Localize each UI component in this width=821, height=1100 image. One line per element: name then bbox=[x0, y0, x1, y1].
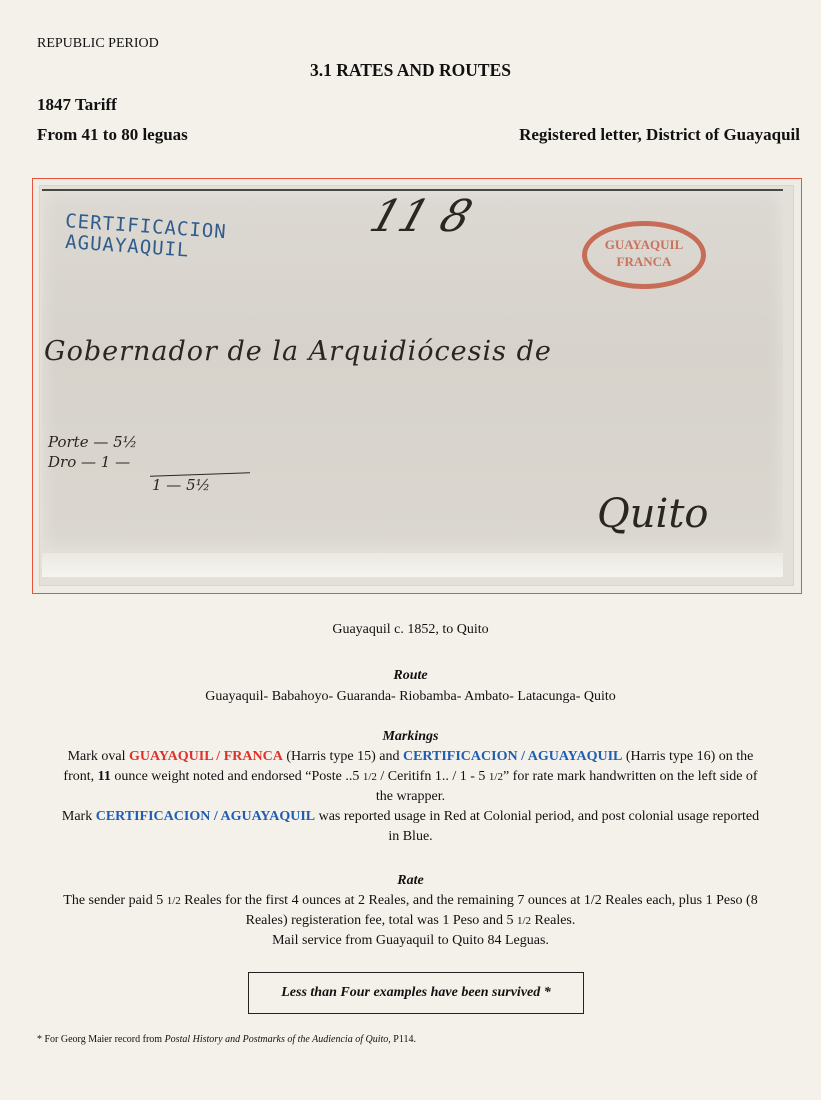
stamp-line-2: FRANCA bbox=[587, 253, 701, 270]
rate-note-line-1: Porte — 5½ bbox=[48, 433, 137, 451]
reference-title: Postal History and Postmarks of the Audi… bbox=[165, 1034, 389, 1045]
address-handwriting: Gobernador de la Arquidiócesis de bbox=[44, 336, 552, 367]
certificacion-mark-name: CERTIFICACION / AGUAYAQUIL bbox=[96, 809, 315, 824]
markings-paragraph-1: Mark oval GUAYAQUIL / FRANCA (Harris typ… bbox=[60, 747, 761, 807]
markings-text: Mark oval GUAYAQUIL / FRANCA (Harris typ… bbox=[60, 747, 761, 847]
period-label: REPUBLIC PERIOD bbox=[37, 36, 159, 52]
cover-frame: CERTIFICACION AGUAYAQUIL 11 8 GUAYAQUIL … bbox=[32, 178, 802, 594]
rate-paragraph-2: Mail service from Guayaquil to Quito 84 … bbox=[60, 931, 761, 951]
letter-wrapper-image: CERTIFICACION AGUAYAQUIL 11 8 GUAYAQUIL … bbox=[42, 189, 783, 550]
distance-range: From 41 to 80 leguas bbox=[37, 125, 188, 145]
franca-oval-stamp: GUAYAQUIL FRANCA bbox=[582, 221, 706, 289]
footnote: * For Georg Maier record from Postal His… bbox=[37, 1034, 416, 1045]
stamp-line-1: GUAYAQUIL bbox=[587, 236, 701, 253]
rarity-note-box: Less than Four examples have been surviv… bbox=[248, 972, 584, 1014]
rate-text: The sender paid 5 1/2 Reales for the fir… bbox=[60, 891, 761, 951]
weight-note: 11 8 bbox=[364, 191, 479, 242]
page-title: 3.1 RATES AND ROUTES bbox=[0, 60, 821, 81]
certificacion-stamp: CERTIFICACION AGUAYAQUIL bbox=[66, 211, 228, 253]
certificacion-mark-name: CERTIFICACION / AGUAYAQUIL bbox=[403, 749, 622, 764]
route-heading: Route bbox=[60, 666, 761, 686]
markings-paragraph-2: Mark CERTIFICACION / AGUAYAQUIL was repo… bbox=[60, 807, 761, 847]
rate-heading: Rate bbox=[60, 871, 761, 891]
tariff-label: 1847 Tariff bbox=[37, 95, 117, 115]
cover-caption: Guayaquil c. 1852, to Quito bbox=[0, 622, 821, 638]
destination-handwriting: Quito bbox=[597, 491, 709, 537]
rate-note-line-2: Dro — 1 — bbox=[48, 453, 130, 471]
sleeve-edge bbox=[42, 553, 783, 577]
letter-type: Registered letter, District of Guayaquil bbox=[519, 125, 800, 145]
rate-paragraph-1: The sender paid 5 1/2 Reales for the fir… bbox=[60, 891, 761, 931]
franca-mark-name: GUAYAQUIL / FRANCA bbox=[129, 749, 283, 764]
markings-heading: Markings bbox=[60, 727, 761, 747]
route-text: Guayaquil- Babahoyo- Guaranda- Riobamba-… bbox=[60, 687, 761, 707]
protective-sleeve: CERTIFICACION AGUAYAQUIL 11 8 GUAYAQUIL … bbox=[39, 185, 794, 586]
rate-note-line-3: 1 — 5½ bbox=[152, 476, 210, 494]
